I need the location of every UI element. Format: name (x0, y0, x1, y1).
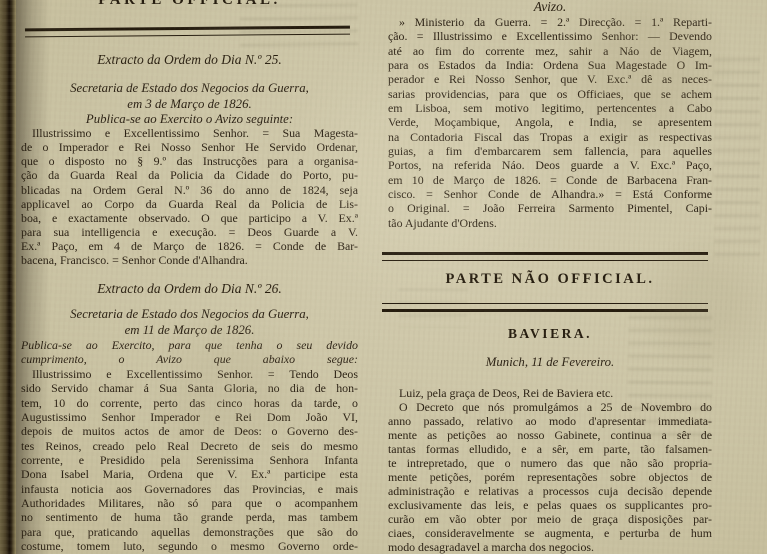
dateline-26: Secretaria de Estado dos Negocios da Gue… (21, 307, 358, 338)
text-line: Dona Isabel Maria, Ordena que V. Ex.ª pa… (21, 467, 358, 481)
left-column: PARTE OFFICIAL. Extracto da Ordem do Dia… (21, 0, 358, 554)
text-line: Verde, Moçambique, Angola, e India, se a… (388, 115, 712, 129)
dateline-line: Secretaria de Estado dos Negocios da Gue… (21, 81, 358, 97)
text-line: até ao fim do corrente mez, sahir a Náo … (388, 44, 712, 58)
text-line: em 10 de Março de 1826. = Conde de Barba… (388, 173, 712, 187)
text-line: applicavel ao Corpo da Guarda Real da Po… (21, 197, 358, 211)
text-line: te intrepretado, que o numero das que nã… (388, 456, 712, 470)
text-line: infausta noticia aos Governadores das Pr… (21, 482, 358, 496)
section-header-parte-official: PARTE OFFICIAL. (21, 0, 358, 9)
horizontal-rule (382, 252, 708, 261)
horizontal-rule (25, 26, 350, 38)
horizontal-rule (382, 303, 708, 312)
article-heading-avizo: Avizo. (388, 0, 712, 15)
text-line: boa, e exactamente observado. O que part… (21, 211, 358, 225)
text-line: perador e Rei Nosso Senhor, que V. Exc.ª… (388, 72, 712, 86)
text-line: exclusivamente das leis, e pelas quaes o… (388, 498, 712, 512)
body-paragraph-ordem-26: Illustrissimo e Excellentissimo Senhor. … (21, 367, 358, 553)
text-line: Publica-se ao Exercito, para que tenha o… (21, 338, 358, 352)
text-line: ção. = Illustrissimo e Excellentissimo S… (388, 29, 712, 43)
text-line: ção da Guarda Real da Policia da Cidade … (21, 168, 358, 182)
text-line: guias, a fim d'embarcarem sem fallencia,… (388, 144, 712, 158)
section-header-parte-nao-official: PARTE NÃO OFFICIAL. (388, 271, 712, 288)
text-line: o Original. = João Ferreira Sarmento Pim… (388, 201, 712, 215)
text-line: mente petições, porém representações sob… (388, 470, 712, 484)
text-line: Ex.ª Paço, em 4 de Março de 1826. = Cond… (21, 239, 358, 253)
dateline-line: em 11 de Março de 1826. (21, 323, 358, 339)
text-line: curão em vão obter por meio de graça dis… (388, 512, 712, 526)
text-line: anno passado, relativo ao modo d'apresen… (388, 414, 712, 428)
article-heading-ordem-26: Extracto da Ordem do Dia N.º 26. (21, 281, 358, 297)
text-line: Portos, na referida Náo. Deos guarde a V… (388, 158, 712, 172)
text-line: mente as petições ao nosso Gabinete, con… (388, 428, 712, 442)
salutation-line: Luiz, pela graça de Deos, Rei de Baviera… (388, 386, 712, 400)
text-line: depois de muitos actos de amor de Deos: … (21, 424, 358, 438)
scanned-gazette-page: { "colors": { "paper": "#cdc5a7", "ink":… (0, 0, 767, 554)
text-line: administração e relativas a processos cu… (388, 484, 712, 498)
book-binding-edge (0, 0, 16, 554)
text-line: para que, praticando aquellas demonstraç… (21, 525, 358, 539)
text-line: que o disposto no § 9.º das Instrucções … (21, 154, 358, 168)
text-line: tes Reinos, creado pelo Real Decreto de … (21, 439, 358, 453)
text-line: para os Estados da India: Ordena Sua Mag… (388, 58, 712, 72)
body-paragraph-ordem-25: Illustrissimo e Excellentissimo Senhor. … (21, 126, 358, 268)
dateline-25: Secretaria de Estado dos Negocios da Gue… (21, 81, 358, 112)
text-line: cisco. = Senhor Conde de Alhandra.» = Es… (388, 187, 712, 201)
text-line: na Contadoria Fiscal das Tropas a exigir… (388, 130, 712, 144)
text-line: sarias providencias, para que os Officia… (388, 87, 712, 101)
text-line: costume, tomem luto, segundo o mesmo Gov… (21, 539, 358, 553)
text-line: para sua intelligencia e execução. = Deo… (21, 225, 358, 239)
text-line: tantas formas elludido, e a sêr, em part… (388, 442, 712, 456)
dateline-line: em 3 de Março de 1826. (21, 97, 358, 113)
text-line: Authoridades Militares, não só para que … (21, 496, 358, 510)
text-line: Illustrissimo e Excellentissimo Senhor. … (21, 367, 358, 381)
lead-25: Publica-se ao Exercito o Avizo seguinte: (21, 112, 358, 127)
text-line: sido Servido chamar á Sua Santa Gloria, … (21, 381, 358, 395)
text-line: cumprimento, o Avizo que abaixo segue: (21, 352, 358, 366)
text-line: tão Ajudante d'Ordens. (388, 216, 712, 230)
body-paragraph-baviera: O Decreto que nós promulgámos a 25 de No… (388, 400, 712, 554)
text-line: » Ministerio da Guerra. = 2.ª Direcção. … (388, 15, 712, 29)
right-column: Avizo. » Ministerio da Guerra. = 2.ª Dir… (388, 0, 712, 554)
text-line: bacena, Francisco. = Senhor Conde d'Alha… (21, 253, 358, 267)
text-line: Augustissimo Senhor Imperador e Rei Dom … (21, 410, 358, 424)
text-line: blicadas na Ordem Geral N.º 36 do anno d… (21, 183, 358, 197)
country-header-baviera: BAVIERA. (388, 326, 712, 342)
text-line: O Decreto que nós promulgámos a 25 de No… (388, 400, 712, 414)
text-line: Illustrissimo e Excellentissimo Senhor. … (21, 126, 358, 140)
lead-26: Publica-se ao Exercito, para que tenha o… (21, 338, 358, 366)
ink-bleedthrough (714, 58, 760, 258)
text-line: ciaes, consideravelmente se augmenta, e … (388, 526, 712, 540)
paper-background: PARTE OFFICIAL. Extracto da Ordem do Dia… (0, 0, 767, 554)
text-line: corrente, e Presidido pela Serenissima S… (21, 453, 358, 467)
text-line: no sentimento de huma tão grande perda, … (21, 510, 358, 524)
text-line: tem, 10 do corrente, perto das cinco hor… (21, 396, 358, 410)
text-line: em Lisboa, sem motivo legitimo, pertence… (388, 101, 712, 115)
text-line: de o Imperador e Rei Nosso Senhor He Ser… (21, 140, 358, 154)
body-paragraph-avizo: » Ministerio da Guerra. = 2.ª Direcção. … (388, 15, 712, 230)
dateline-munich: Munich, 11 de Fevereiro. (388, 355, 712, 371)
text-line: modo desagradavel a marcha dos negocios. (388, 540, 712, 554)
article-heading-ordem-25: Extracto da Ordem do Dia N.º 25. (21, 52, 358, 68)
dateline-line: Secretaria de Estado dos Negocios da Gue… (21, 307, 358, 323)
